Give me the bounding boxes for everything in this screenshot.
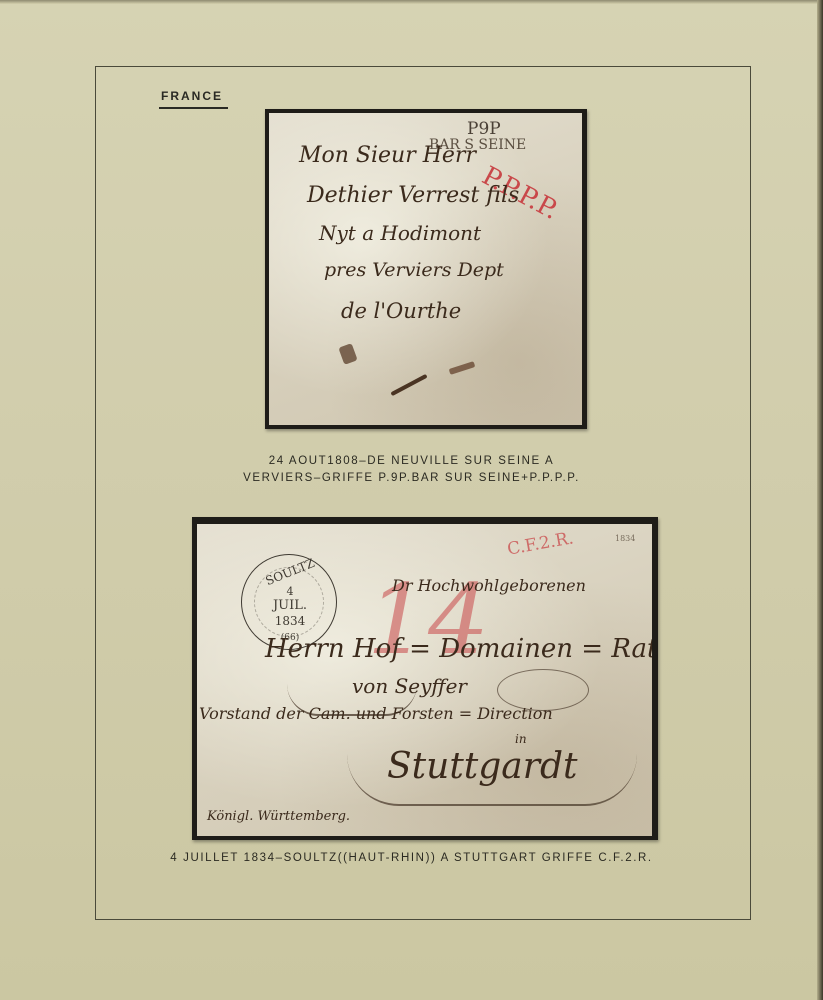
address-line-4: pres Verviers Dept bbox=[324, 259, 504, 281]
caption-1-line-1: 24 AOUT1808–DE NEUVILLE SUR SEINE A bbox=[0, 455, 823, 467]
flourish bbox=[287, 684, 417, 716]
flourish bbox=[347, 754, 637, 806]
handstamp-p9p: P9P bbox=[467, 119, 501, 139]
page-heading: FRANCE bbox=[161, 89, 223, 103]
flourish bbox=[497, 669, 589, 711]
postmark-month: JUIL. bbox=[242, 598, 338, 613]
letter-1-image[interactable]: P9P BAR S SEINE P.P.P.P. Mon Sieur Herr … bbox=[269, 113, 582, 425]
album-right-edge bbox=[817, 0, 823, 1000]
address-line-1: Mon Sieur Herr bbox=[299, 143, 476, 168]
postmark-year: 1834 bbox=[242, 614, 338, 628]
address-line-5: in bbox=[515, 732, 527, 746]
heading-underline bbox=[159, 107, 228, 109]
address-line-1: Dr Hochwohlgeborenen bbox=[392, 576, 586, 595]
letter-2-image[interactable]: SOULTZ 4 JUIL. 1834 (66) C.F.2.R. 1834 1… bbox=[197, 524, 652, 836]
pencil-note: 1834 bbox=[615, 534, 635, 543]
album-top-edge bbox=[0, 0, 823, 4]
ink-show-through bbox=[390, 374, 427, 396]
address-line-2: Dethier Verrest fils bbox=[307, 183, 519, 208]
address-line-5: de l'Ourthe bbox=[341, 299, 461, 323]
handstamp-cf2r: C.F.2.R. bbox=[506, 528, 575, 559]
caption-1-line-2: VERVIERS–GRIFFE P.9P.BAR SUR SEINE+P.P.P… bbox=[0, 472, 823, 484]
address-line-2: Herrn Hof = Domainen = Rath bbox=[265, 634, 652, 664]
ink-show-through bbox=[449, 361, 476, 375]
caption-2: 4 JUILLET 1834–SOULTZ((HAUT-RHIN)) A STU… bbox=[0, 852, 823, 864]
address-line-7: Königl. Württemberg. bbox=[207, 809, 350, 824]
postmark-day: 4 bbox=[242, 585, 338, 598]
address-line-3: Nyt a Hodimont bbox=[319, 221, 481, 245]
ink-show-through bbox=[338, 343, 357, 365]
